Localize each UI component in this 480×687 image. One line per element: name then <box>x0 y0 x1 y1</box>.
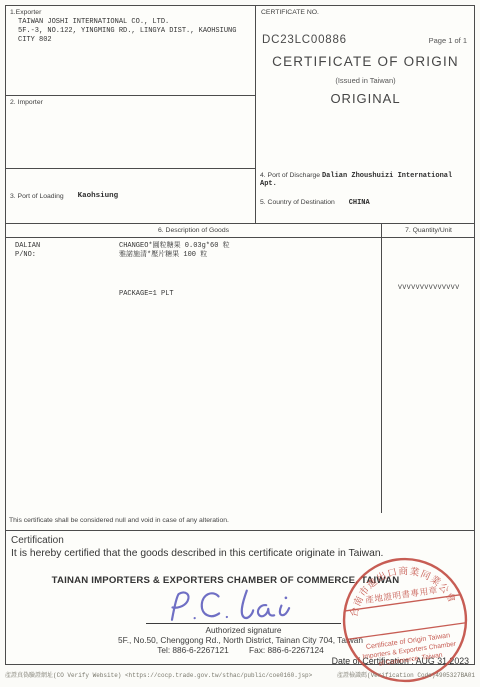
port-of-loading-value: Kaohsiung <box>78 192 119 200</box>
goods-line: CHANGEO*圓粒糖果 0.03g*60 粒 <box>119 242 230 251</box>
quantity-void-marks: VVVVVVVVVVVVVV <box>398 284 460 291</box>
importer-label: 2. Importer <box>10 99 251 106</box>
exporter-name: TAIWAN JOSHI INTERNATIONAL CO., LTD. <box>18 18 251 27</box>
certification-heading: Certification <box>11 535 64 546</box>
page-indicator: Page 1 of 1 <box>429 36 467 45</box>
shipping-mark-line: DALIAN <box>15 242 40 251</box>
chamber-address: 5F., No.50, Chenggong Rd., North Distric… <box>6 635 475 645</box>
goods-description-text: CHANGEO*圓粒糖果 0.03g*60 粒 雅諾施清*壓片糖果 100 粒 <box>119 242 230 259</box>
description-of-goods-header: 6. Description of Goods <box>6 223 381 238</box>
certificate-no-label: CERTIFICATE NO. <box>261 9 470 16</box>
certification-section: Certification It is hereby certified tha… <box>6 531 475 664</box>
certificate-document: 1.Exporter TAIWAN JOSHI INTERNATIONAL CO… <box>0 0 480 687</box>
copy-type: ORIGINAL <box>256 91 475 106</box>
country-of-destination-label: 5. Country of Destination <box>260 199 335 206</box>
document-title: CERTIFICATE OF ORIGIN <box>256 54 475 69</box>
certification-date: Date of Certification : AUG 31 2023 <box>332 656 469 666</box>
signature-line <box>146 623 341 624</box>
quantity-cell: VVVVVVVVVVVVVV <box>381 238 475 513</box>
country-of-destination-value: CHINA <box>349 199 370 207</box>
document-border: 1.Exporter TAIWAN JOSHI INTERNATIONAL CO… <box>5 5 475 665</box>
chamber-name: TAINAN IMPORTERS & EXPORTERS CHAMBER OF … <box>6 575 445 586</box>
port-of-loading-box: 3. Port of Loading Kaohsiung <box>6 169 256 223</box>
signature-drawing <box>146 587 341 623</box>
verify-website: 產證真偽驗證網址(CO Verify Website) <https://coc… <box>5 670 312 679</box>
signature-caption: Authorized signature <box>96 625 391 635</box>
chamber-tel: Tel: 886-6-2267121 <box>157 645 229 655</box>
scan-footer: 產證真偽驗證網址(CO Verify Website) <https://coc… <box>5 670 475 679</box>
shipping-marks: DALIAN P/NO: <box>15 242 40 259</box>
port-of-discharge-box: 4. Port of Discharge Dalian Zhoushuizi I… <box>256 169 475 223</box>
country-of-destination-row: 5. Country of Destination CHINA <box>260 199 471 207</box>
goods-description-cell: DALIAN P/NO: CHANGEO*圓粒糖果 0.03g*60 粒 雅諾施… <box>6 238 381 513</box>
quantity-unit-header: 7. Quantity/Unit <box>381 223 475 238</box>
port-of-loading-label: 3. Port of Loading <box>10 193 64 200</box>
certificate-header-box: CERTIFICATE NO. DC23LC00886 Page 1 of 1 … <box>256 6 475 169</box>
certification-statement: It is hereby certified that the goods de… <box>11 548 383 559</box>
goods-line: 雅諾施清*壓片糖果 100 粒 <box>119 251 230 260</box>
chamber-fax: Fax: 886-6-2267124 <box>249 645 324 655</box>
exporter-label: 1.Exporter <box>10 9 251 16</box>
chamber-contact: Tel: 886-6-2267121 Fax: 886-6-2267124 <box>6 645 475 655</box>
alteration-notice: This certificate shall be considered nul… <box>6 513 475 531</box>
document-subtitle: (Issued in Taiwan) <box>256 76 475 85</box>
importer-box: 2. Importer <box>6 96 256 169</box>
port-of-discharge-label: 4. Port of Discharge <box>260 172 320 179</box>
shipping-mark-line: P/NO: <box>15 251 40 260</box>
package-line: PACKAGE=1 PLT <box>119 290 174 298</box>
exporter-address: 5F.-3, NO.122, YINGMING RD., LINGYA DIST… <box>18 27 251 45</box>
handwritten-signature <box>146 587 341 623</box>
verification-code: 產證檢識碼(Verification Code)4905327BA01 <box>337 670 475 679</box>
certificate-number: DC23LC00886 <box>262 34 347 46</box>
exporter-box: 1.Exporter TAIWAN JOSHI INTERNATIONAL CO… <box>6 6 256 96</box>
